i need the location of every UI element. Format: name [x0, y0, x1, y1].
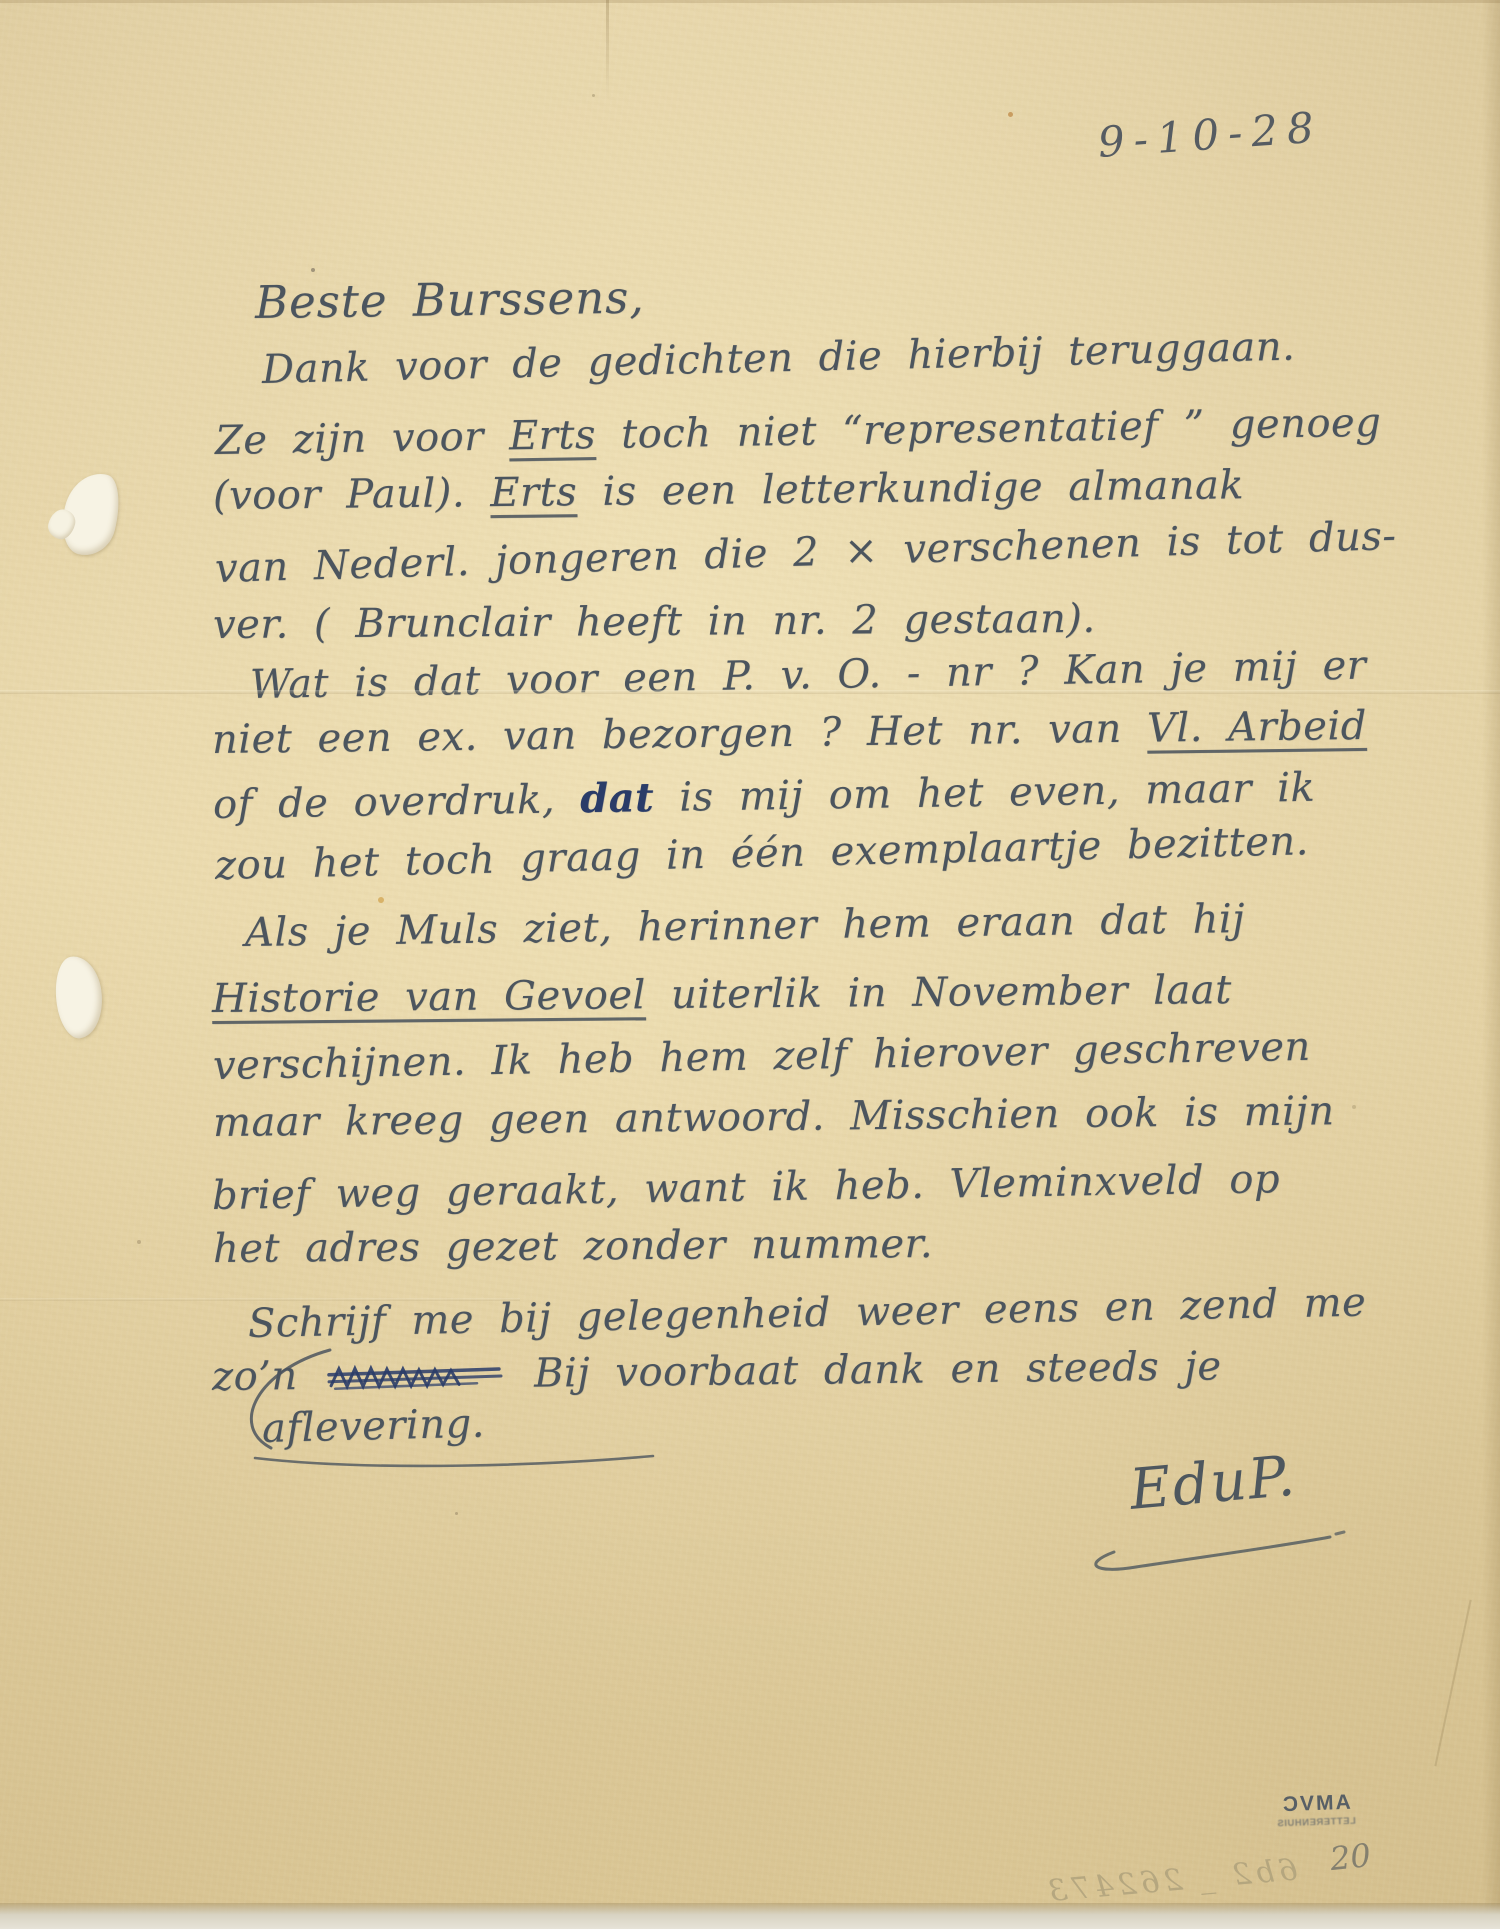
letter-text-segment: of de overdruk, — [213, 776, 581, 828]
letter-text-segment: Vl. Arbeid — [1147, 703, 1367, 752]
letter-line: van Nederl. jongeren die 2 × verschenen … — [214, 513, 1397, 592]
letter-text-segment: zou het toch graag in één exemplaartje b… — [214, 818, 1309, 889]
paper-edge — [0, 1903, 1500, 1929]
letter-text-segment: verschijnen. Ik heb hem zelf hierover ge… — [213, 1024, 1312, 1089]
letter-line: zo’n Bij voorbaat dank en steeds je — [212, 1343, 1222, 1400]
letter-line: maar kreeg geen antwoord. Misschien ook … — [213, 1088, 1335, 1146]
letter-text-segment: Bij voorbaat dank en steeds je — [509, 1343, 1222, 1396]
pencil-inventory-number: 6b2 _ 262473 — [1077, 1852, 1299, 1906]
signature-flourish — [1078, 1522, 1348, 1586]
paper-speck — [592, 94, 595, 97]
fold-crease — [1434, 1600, 1471, 1767]
letter-text-segment: uiterlik in November laat — [646, 967, 1232, 1018]
letter-line: Historie van Gevoel uiterlik in November… — [212, 967, 1232, 1022]
paper-texture — [0, 0, 1500, 1929]
letter-text-segment: ver. ( Brunclair heeft in nr. 2 gestaan)… — [213, 596, 1096, 648]
letter-line: Als je Muls ziet, herinner hem eraan dat… — [245, 896, 1246, 956]
fold-crease — [606, 0, 609, 100]
letter-text-segment: maar kreeg geen antwoord. Misschien ook … — [213, 1088, 1335, 1146]
letter-text-segment: is mij om het even, maar ik — [654, 765, 1316, 821]
letter-text-segment: Erts — [490, 469, 577, 516]
letter-text-segment: aflevering. — [261, 1401, 485, 1452]
letter-text-segment: Als je Muls ziet, herinner hem eraan dat… — [245, 896, 1246, 956]
letter-line: zou het toch graag in één exemplaartje b… — [214, 818, 1309, 889]
letter-text-segment: Historie van Gevoel — [212, 972, 646, 1022]
letter-date: 9-10-28 — [1096, 102, 1324, 167]
letter-text-segment: Dank voor de gedichten die hierbij terug… — [261, 324, 1295, 393]
letter-text-segment: brief weg geraakt, want ik heb. Vleminxv… — [212, 1156, 1281, 1219]
letter-line: of de overdruk, dat is mij om het even, … — [213, 764, 1316, 828]
signature: EduP. — [1127, 1444, 1299, 1523]
letter-text-segment: niet een ex. van bezorgen ? Het nr. van — [212, 706, 1148, 763]
paper-speck — [1008, 112, 1013, 117]
archive-stamp: AMVC LETTERENHUIS — [1255, 1790, 1376, 1830]
paper-edge — [0, 0, 1500, 3]
letter-text-segment: zo’n — [212, 1353, 323, 1400]
paper-speck — [1352, 1105, 1356, 1109]
letter-line: niet een ex. van bezorgen ? Het nr. van … — [212, 703, 1367, 763]
letter-line: verschijnen. Ik heb hem zelf hierover ge… — [213, 1024, 1312, 1089]
letter-line: ver. ( Brunclair heeft in nr. 2 gestaan)… — [213, 596, 1096, 648]
paper-damage-spot — [51, 953, 108, 1041]
letter-line: (voor Paul). Erts is een letterkundige a… — [213, 462, 1245, 519]
paper-speck — [311, 268, 315, 272]
letter-text-segment: Erts — [509, 412, 597, 459]
letter-line: Dank voor de gedichten die hierbij terug… — [261, 324, 1295, 393]
paper-speck — [378, 897, 384, 903]
scratched-out-word — [327, 1357, 505, 1397]
letter-scan: { "paper_colors": { "background": "#e8d7… — [0, 0, 1500, 1929]
letter-text-segment: het adres gezet zonder nummer. — [213, 1221, 933, 1272]
letter-text-segment: van Nederl. jongeren die 2 × verschenen … — [214, 513, 1397, 592]
letter-line: Schrijf me bij gelegenheid weer eens en … — [248, 1280, 1367, 1347]
letter-text-segment: Ze zijn voor — [215, 413, 510, 464]
letter-line: aflevering. — [261, 1401, 485, 1452]
letter-line: het adres gezet zonder nummer. — [213, 1221, 933, 1272]
letter-text-segment: dat — [580, 774, 655, 822]
paper-edge — [1482, 0, 1500, 1929]
letter-text-segment: Wat is dat voor een P. v. O. - nr ? Kan … — [250, 643, 1367, 708]
pencil-page-number: 20 — [1328, 1836, 1372, 1878]
letter-line: Ze zijn voor Erts toch niet “representat… — [215, 400, 1382, 464]
letter-text-segment: Schrijf me bij gelegenheid weer eens en … — [248, 1280, 1367, 1347]
paper-damage-spot — [55, 467, 128, 562]
paper-speck — [137, 1240, 141, 1244]
letter-text-segment: is een letterkundige almanak — [577, 462, 1244, 515]
salutation: Beste Burssens, — [255, 271, 645, 329]
letter-line: Wat is dat voor een P. v. O. - nr ? Kan … — [250, 643, 1367, 708]
letter-text-segment: (voor Paul). — [213, 470, 491, 519]
letter-line: brief weg geraakt, want ik heb. Vleminxv… — [212, 1156, 1281, 1219]
paper-speck — [455, 1512, 458, 1515]
archive-stamp-line1: AMVC — [1255, 1790, 1376, 1818]
letter-text-segment: toch niet “representatief ” genoeg — [596, 400, 1382, 458]
